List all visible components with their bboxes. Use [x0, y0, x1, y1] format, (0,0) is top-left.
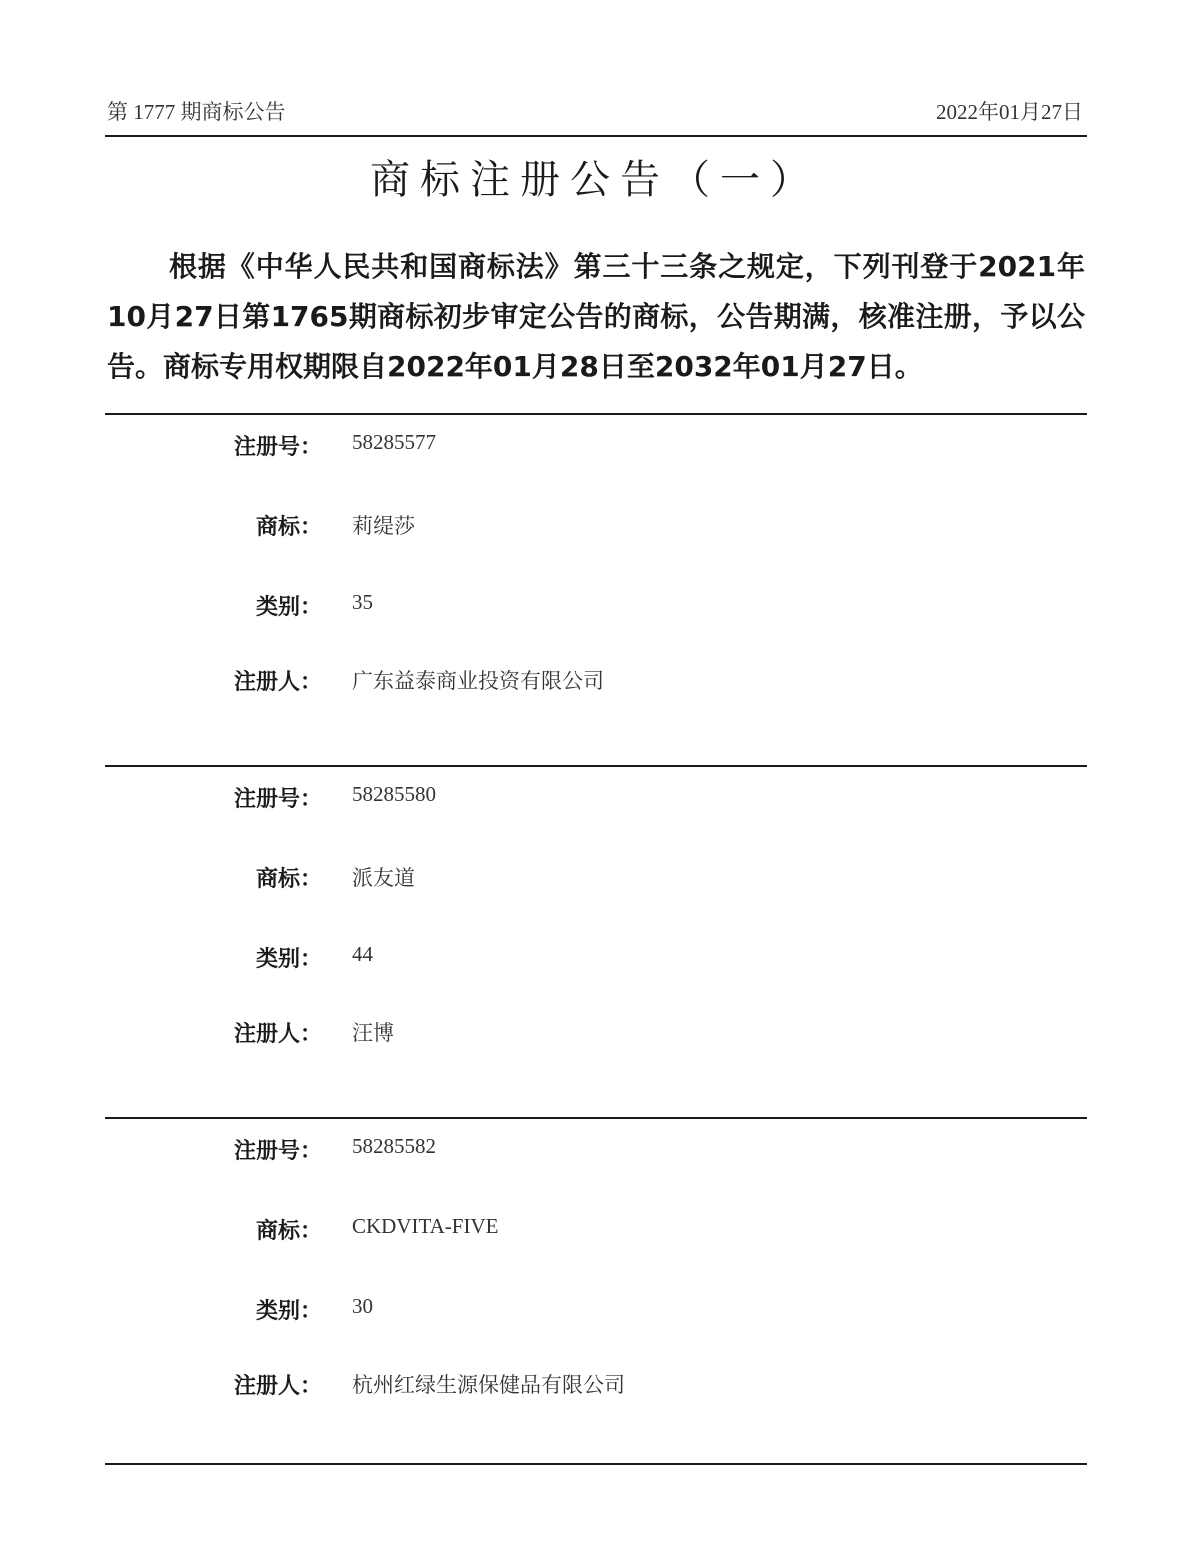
reg-no-value: 58285582: [352, 1134, 436, 1159]
registrant-value: 广东益泰商业投资有限公司: [352, 665, 604, 695]
reg-no-value: 58285580: [352, 782, 436, 807]
reg-no-label: 注册号：: [234, 430, 322, 461]
entry-divider: [105, 413, 1087, 415]
class-value: 35: [352, 590, 373, 615]
reg-no-label: 注册号：: [234, 782, 322, 813]
mark-label: 商标：: [256, 862, 322, 893]
page-header-issue: 第 1777 期商标公告: [107, 96, 286, 126]
registrant-label: 注册人：: [234, 1017, 322, 1048]
registrant-value: 杭州红绿生源保健品有限公司: [352, 1369, 625, 1399]
class-value: 44: [352, 942, 373, 967]
mark-label: 商标：: [256, 1214, 322, 1245]
entry-divider: [105, 765, 1087, 767]
page-title: 商标注册公告（一）: [0, 148, 1190, 205]
entry-divider: [105, 1117, 1087, 1119]
registrant-value: 汪博: [352, 1017, 394, 1047]
reg-no-label: 注册号：: [234, 1134, 322, 1165]
intro-paragraph: 根据《中华人民共和国商标法》第三十三条之规定，下列刊登于2021年10月27日第…: [107, 242, 1085, 392]
class-label: 类别：: [256, 1294, 322, 1325]
footer-divider: [105, 1463, 1087, 1465]
mark-value: CKDVITA-FIVE: [352, 1214, 498, 1239]
class-label: 类别：: [256, 590, 322, 621]
registrant-label: 注册人：: [234, 665, 322, 696]
registrant-label: 注册人：: [234, 1369, 322, 1400]
mark-value: 派友道: [352, 862, 415, 892]
class-label: 类别：: [256, 942, 322, 973]
mark-value: 莉缇莎: [352, 510, 415, 540]
mark-label: 商标：: [256, 510, 322, 541]
page-header-date: 2022年01月27日: [936, 96, 1083, 126]
reg-no-value: 58285577: [352, 430, 436, 455]
class-value: 30: [352, 1294, 373, 1319]
header-divider: [105, 135, 1087, 137]
